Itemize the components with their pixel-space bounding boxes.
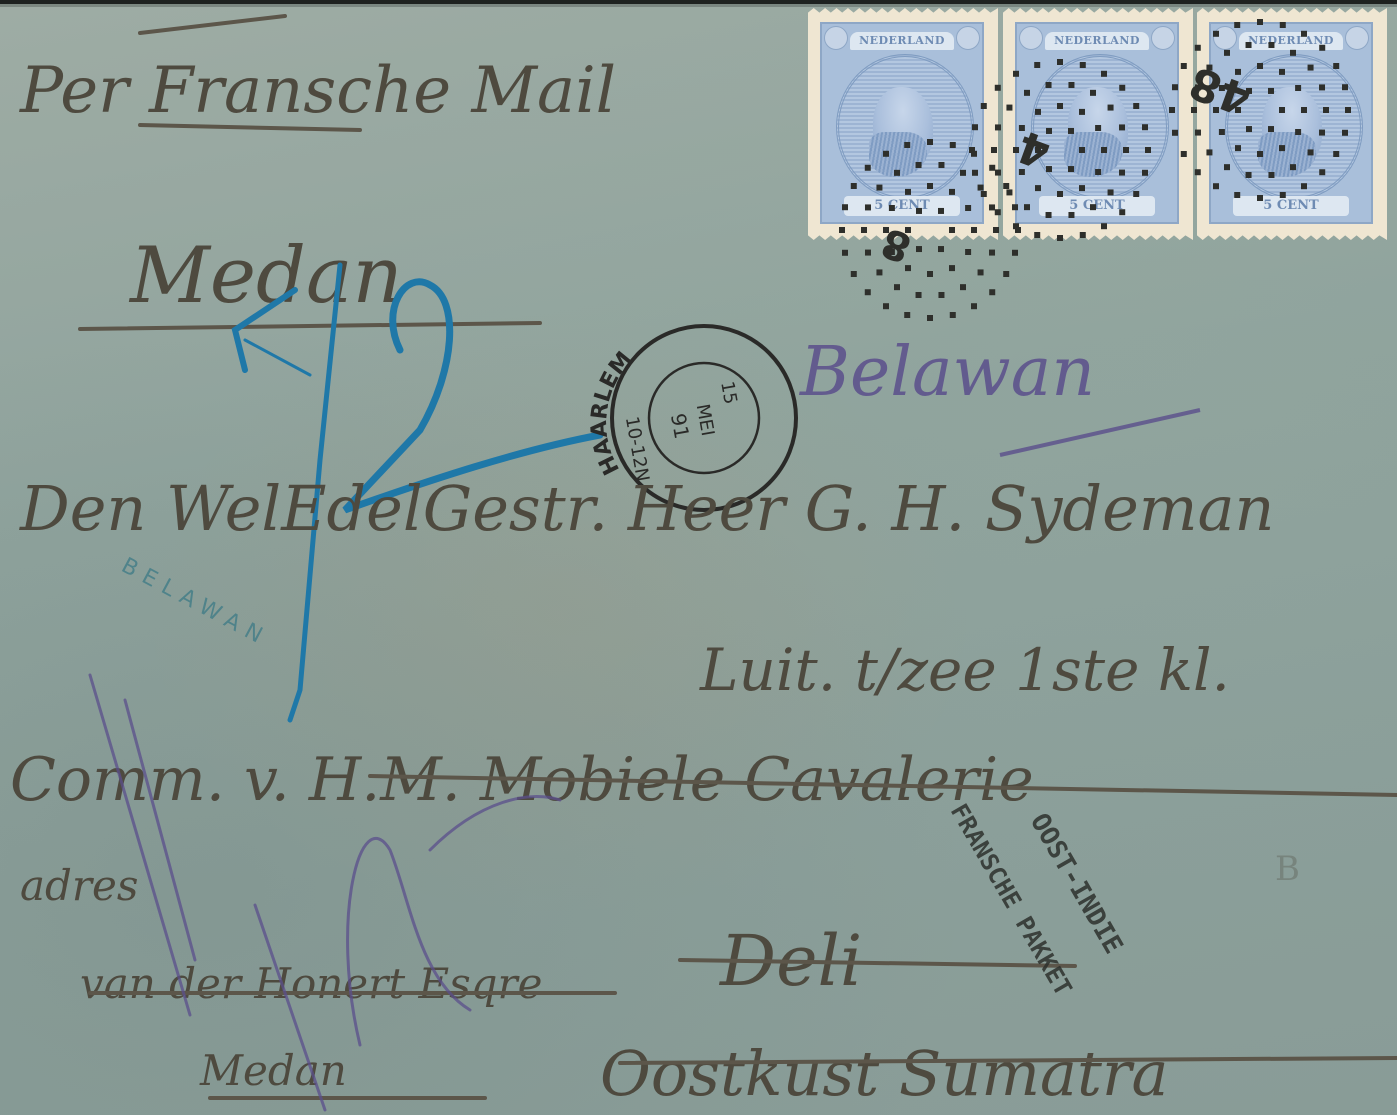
forward-text: Belawan <box>798 333 1095 412</box>
stamp-country: NEDERLAND <box>850 32 954 50</box>
care-of-line-2: van der Honert Esqre <box>80 959 543 1008</box>
routing-text: Per Fransche Mail <box>19 54 616 128</box>
portrait-oval <box>836 54 974 200</box>
original-destination: Medan <box>80 231 540 329</box>
envelope-fold <box>0 4 1397 7</box>
small-note: B <box>1275 849 1300 889</box>
svg-text:HAARLEM: HAARLEM <box>587 347 637 479</box>
stamp-value: 5 CENT <box>1233 196 1349 216</box>
portrait-beard-icon <box>1064 132 1122 177</box>
envelope: NEDERLAND 5 CENT NEDERLAND 5 CENT NEDERL… <box>0 0 1397 1115</box>
address-line-5: Oostkust Sumatra <box>600 1037 1169 1110</box>
violet-crayon-strokes <box>90 675 560 1110</box>
postmark-city: HAARLEM <box>587 347 637 479</box>
stamp-value: 5 CENT <box>1039 196 1155 216</box>
portrait-oval <box>1225 54 1363 200</box>
transit-handstamp: OOST-INDIE FRANSCHE PAKKET <box>945 799 1128 1001</box>
stamp-country: NEDERLAND <box>1045 32 1149 50</box>
crown-ornament-icon <box>824 26 848 50</box>
address-line-4: Deli <box>718 920 862 1002</box>
belawan-stamp-text: BELAWAN <box>117 553 273 652</box>
crown-ornament-icon <box>1345 26 1369 50</box>
stamp-country: NEDERLAND <box>1239 32 1343 50</box>
address-line-1: Den WelEdelGestr. Heer G. H. Sydeman <box>19 472 1274 545</box>
transit-line-1: OOST-INDIE <box>1024 809 1128 960</box>
postmark-year: 91 <box>666 411 694 440</box>
stamp-value: 5 CENT <box>844 196 960 216</box>
portrait-oval <box>1031 54 1169 200</box>
care-of-block: adres van der Honert Esqre Medan <box>20 861 615 1098</box>
crown-ornament-icon <box>956 26 980 50</box>
postage-due-mark <box>235 265 600 720</box>
crown-ornament-icon <box>1213 26 1237 50</box>
crown-ornament-icon <box>1151 26 1175 50</box>
postmark-day: 15 <box>716 380 741 406</box>
care-of-line-1: adres <box>20 861 138 910</box>
postmark-time: 10-12N <box>621 415 653 483</box>
address-line-2: Luit. t/zee 1ste kl. <box>699 636 1230 704</box>
destination-text: Medan <box>128 231 403 321</box>
stamp-3: NEDERLAND 5 CENT <box>1197 8 1387 240</box>
portrait-beard-icon <box>1258 132 1316 177</box>
care-of-line-3: Medan <box>199 1046 347 1095</box>
postmark-month: MEI <box>692 402 718 437</box>
forward-destination: Belawan <box>798 333 1200 455</box>
stamp-2: NEDERLAND 5 CENT <box>1003 8 1193 240</box>
address-line-3: Comm. v. H.M. Mobiele Cavalerie <box>10 745 1034 815</box>
routing-instruction: Per Fransche Mail <box>19 16 616 130</box>
haarlem-postmark: HAARLEM 15 MEI 91 10-12N <box>587 326 796 510</box>
belawan-handstamp: BELAWAN <box>117 553 273 652</box>
crown-ornament-icon <box>1019 26 1043 50</box>
address-block: Den WelEdelGestr. Heer G. H. Sydeman Lui… <box>10 472 1397 1110</box>
stamp-1: NEDERLAND 5 CENT <box>808 8 998 240</box>
portrait-beard-icon <box>869 132 927 177</box>
transit-line-2: FRANSCHE PAKKET <box>945 799 1078 1001</box>
